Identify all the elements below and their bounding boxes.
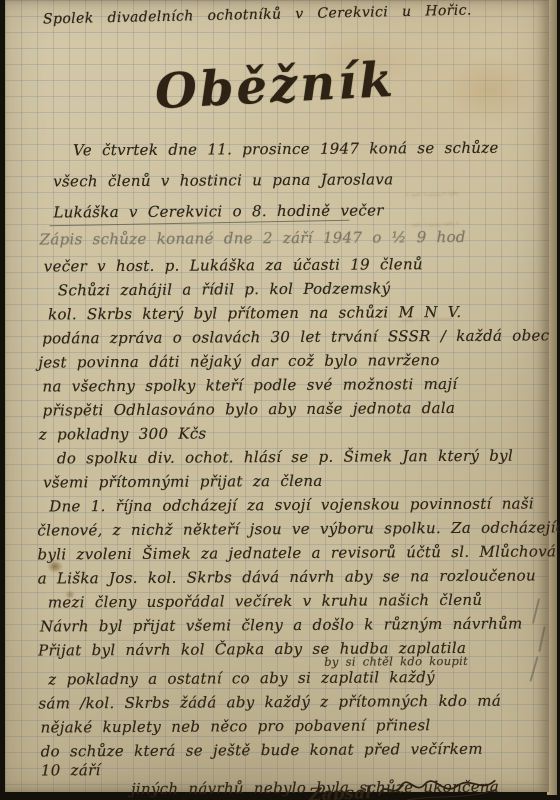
text-line: všemi přítomnými přijat za člena — [43, 468, 535, 494]
text-line: podána zpráva o oslavách 30 let trvání S… — [42, 324, 534, 350]
paper-stain — [445, 55, 535, 125]
text-line: z pokladny a ostatní co aby si zaplatil … — [48, 665, 536, 691]
text-line: jest povinna dáti nějaký dar což bylo na… — [38, 348, 534, 374]
signature-flourish — [377, 773, 498, 800]
text-line: kol. Skrbs který byl přítomen na schůzi … — [48, 300, 534, 326]
text-line: mezi členy uspořádal večírek v kruhu naš… — [48, 588, 536, 614]
pencil-note-line: Zápis schůze konané dne 2 září 1947 o ½ … — [40, 225, 534, 251]
text-line: Dne 1. října odcházejí za svojí vojensko… — [49, 492, 535, 518]
text-line: z pokladny 300 Kčs — [39, 420, 535, 446]
society-header: Spolek divadelních ochotníků v Cerekvici… — [43, 3, 472, 28]
text-line: do spolku div. ochot. hlásí se p. Šimek … — [57, 444, 535, 470]
text-line: Návrh byl přijat všemi členy a došlo k r… — [40, 612, 536, 638]
text-line: do schůze která se ještě bude konat před… — [41, 737, 537, 763]
pencil-hatch-mark — [538, 626, 545, 652]
manuscript-paper: ~·—·~· ·~—·~ —·~·— Spolek divadelních oc… — [5, 0, 549, 792]
signature-label: Zapsal — [308, 783, 371, 800]
text-line: byli zvoleni Šimek za jednatele a reviso… — [37, 540, 535, 566]
text-line: členové, z nichž někteří jsou ve výboru … — [37, 516, 535, 542]
text-line: na všechny spolky kteří podle své možnos… — [42, 372, 534, 398]
text-line: večer v host. p. Lukáška za účasti 19 čl… — [44, 252, 534, 278]
document-title: Oběžník — [154, 52, 397, 121]
text-line: sám /kol. Skrbs žádá aby každý z přítomn… — [38, 689, 536, 715]
text-line: Schůzi zahájil a řídil p. kol Podzemský — [58, 276, 534, 302]
text-line: Lukáška v Cerekvici o 8. hodině večer — [53, 198, 533, 224]
text-line: Ve čtvrtek dne 11. prosince 1947 koná se… — [73, 136, 533, 162]
photo-background: ~·—·~· ·~—·~ —·~·— Spolek divadelních oc… — [0, 0, 560, 800]
text-line: nějaké kuplety neb něco pro pobavení při… — [41, 713, 537, 739]
manuscript-lines: Ve čtvrtek dne 11. prosince 1947 koná se… — [31, 136, 537, 800]
text-line: a Liška Jos. kol. Skrbs dává návrh aby s… — [38, 564, 536, 590]
text-line: všech členů v hostinci u pana Jaroslava — [53, 167, 533, 193]
text-line: přispěti Odhlasováno bylo aby naše jedno… — [43, 396, 535, 422]
